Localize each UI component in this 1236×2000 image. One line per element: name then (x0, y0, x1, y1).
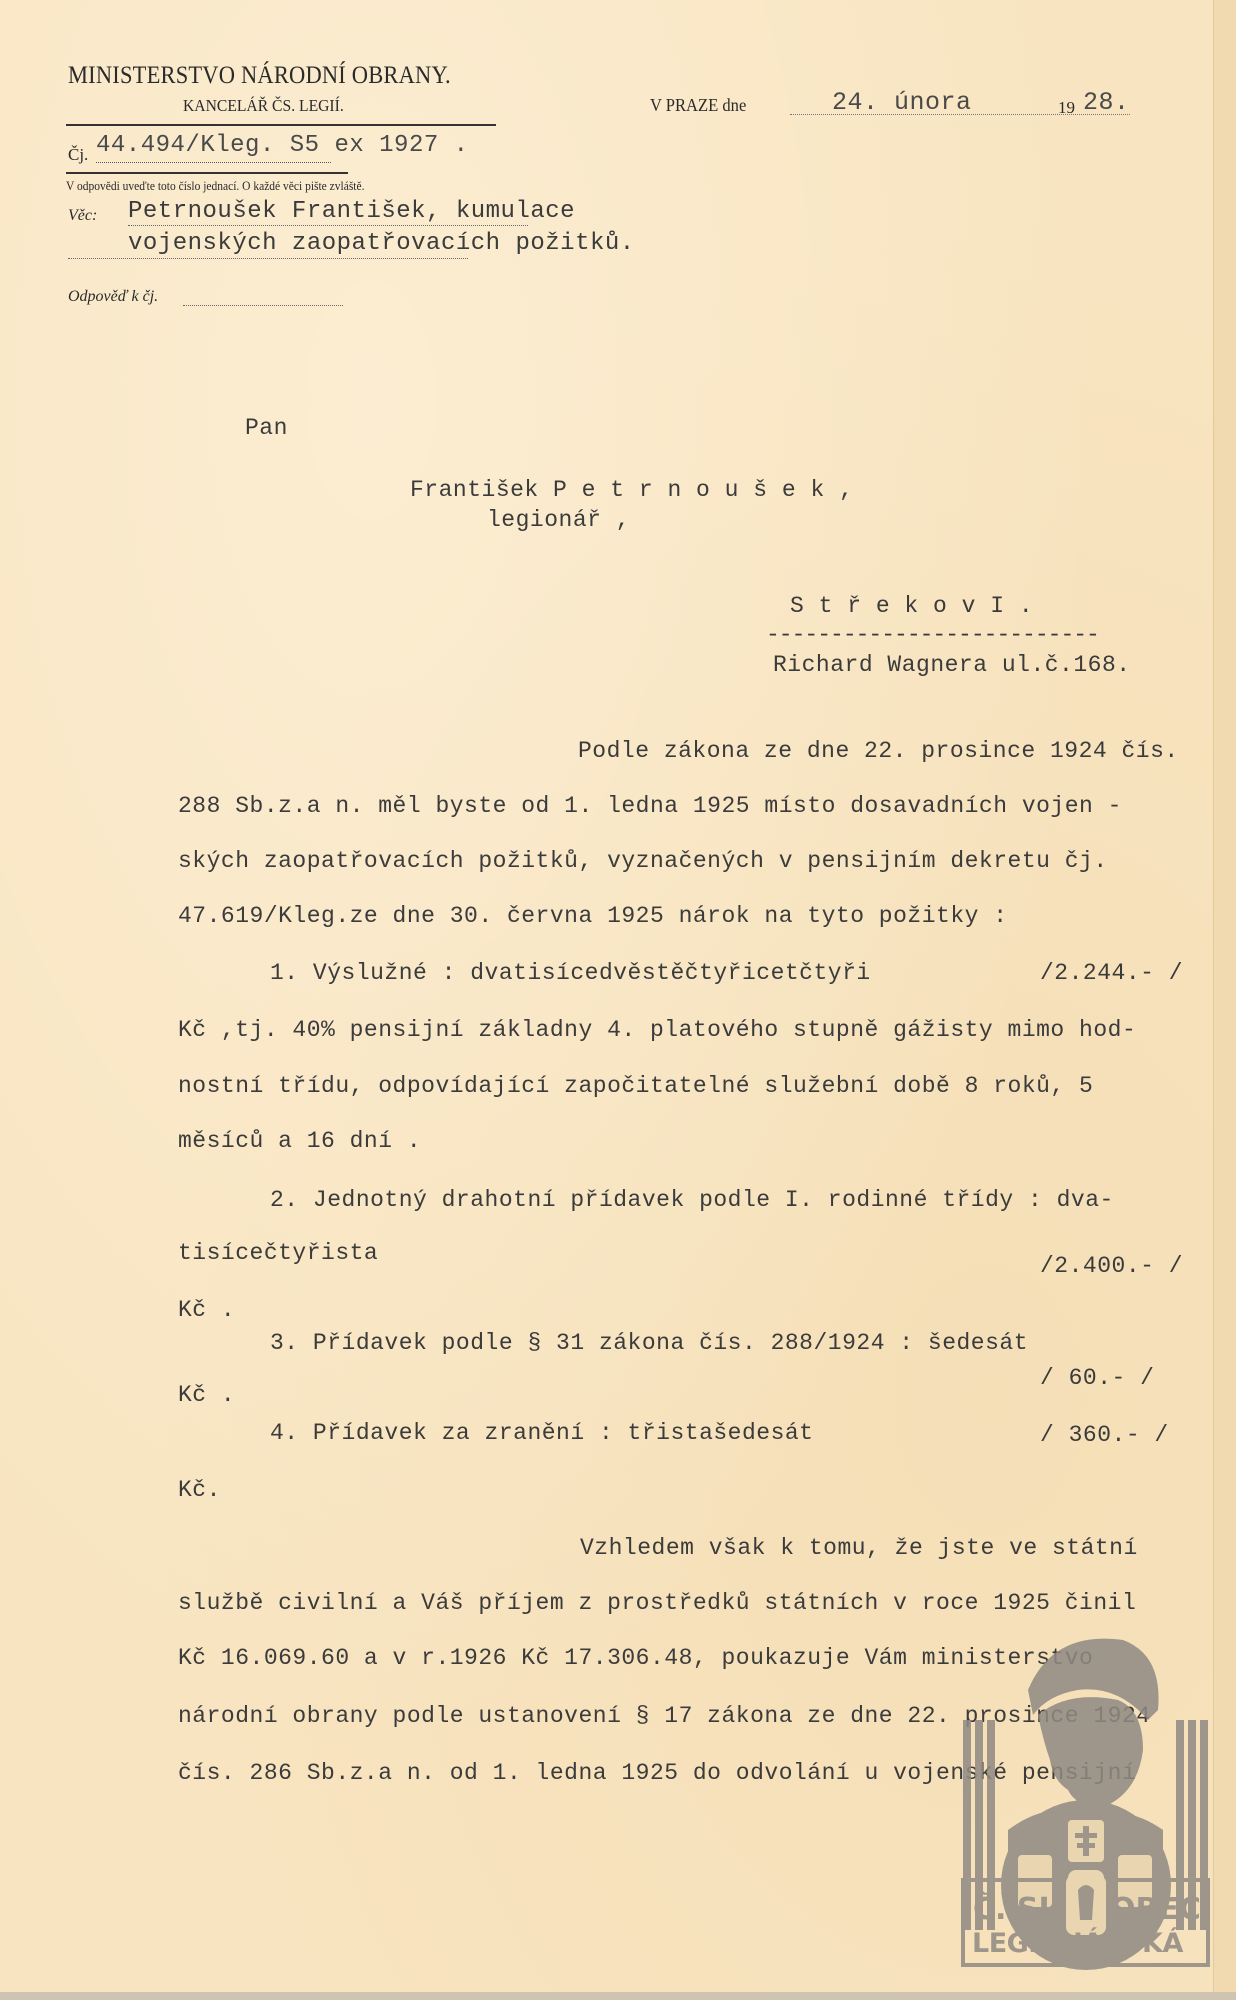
addressee-name: František P e t r n o u š e k , (410, 477, 853, 503)
item-4-amount: / 360.- / (1040, 1422, 1169, 1448)
subject-label: Věc: (68, 207, 97, 225)
reply-instruction: V odpovědi uveďte toto číslo jednací. O … (66, 179, 364, 194)
place-label: V PRAZE dne (650, 95, 746, 116)
logo-text-csl: Č. SL. (973, 1892, 1069, 1927)
date-day-month: 24. února (832, 88, 972, 117)
closing-line-1: Vzhledem však k tomu, že jste ve státní (580, 1535, 1138, 1561)
item-1-detail-3: měsíců a 16 dní . (178, 1128, 421, 1154)
legionnaire-association-logo: Č. SL. OBEC LEGIONÁŘSKÁ (958, 1630, 1213, 1970)
reply-reference-label: Odpověď k čj. (68, 288, 158, 306)
ministry-name: MINISTERSTVO NÁRODNÍ OBRANY. (68, 62, 451, 90)
intro-line-2: 288 Sb.z.a n. měl byste od 1. ledna 1925… (178, 793, 1122, 819)
item-4-label: 4. Přídavek za zranění : třistašedesát (270, 1420, 814, 1446)
reference-number: 44.494/Kleg. S5 ex 1927 . (96, 132, 469, 159)
closing-line-3: Kč 16.069.60 a v r.1926 Kč 17.306.48, po… (178, 1645, 1093, 1671)
item-2-label: 2. Jednotný drahotní přídavek podle I. r… (270, 1187, 1114, 1213)
addressee-title: legionář , (487, 507, 630, 533)
letterhead-rule (66, 124, 496, 126)
item-1-label: 1. Výslužné : dvatisícedvěstěčtyřicetčty… (270, 960, 871, 986)
subject-line-1: Petrnoušek František, kumulace (128, 198, 575, 225)
address-divider: -------------------------- (766, 622, 1099, 648)
addressee-street: Richard Wagnera ul.č.168. (773, 652, 1131, 678)
paper-right-edge (1213, 0, 1236, 2000)
subject-line-2: vojenských zaopatřovacích požitků. (128, 230, 635, 257)
reference-dotted-line (96, 162, 331, 163)
salutation: Pan (245, 415, 288, 441)
intro-line-3: ských zaopatřovacích požitků, vyznačenýc… (178, 848, 1108, 874)
reference-rule (66, 172, 348, 174)
subject-dotted-line-2 (68, 258, 468, 259)
item-2-label-cont: tisícečtyřista (178, 1240, 378, 1266)
logo-text-obec: OBEC (1110, 1892, 1201, 1927)
item-2-amount: /2.400.- / (1040, 1253, 1183, 1279)
date-century: 19 (1058, 98, 1075, 118)
intro-line-4: 47.619/Kleg.ze dne 30. června 1925 nárok… (178, 903, 1008, 929)
item-1-detail-1: Kč ,tj. 40% pensijní základny 4. platové… (178, 1017, 1136, 1043)
reference-label: Čj. (68, 145, 88, 165)
subject-dotted-line-1 (128, 225, 528, 226)
office-name: KANCELÁŘ ČS. LEGIÍ. (183, 96, 344, 116)
logo-text-legionarska: LEGIONÁŘSKÁ (972, 1928, 1183, 1959)
item-3-label: 3. Přídavek podle § 31 zákona čís. 288/1… (270, 1330, 1028, 1356)
item-1-amount: /2.244.- / (1040, 960, 1183, 986)
reply-reference-dotted-line (183, 305, 343, 306)
intro-line-1: Podle zákona ze dne 22. prosince 1924 čí… (578, 738, 1179, 764)
item-4-currency: Kč. (178, 1477, 221, 1503)
closing-line-2: službě civilní a Váš příjem z prostředků… (178, 1590, 1136, 1616)
item-1-detail-2: nostní třídu, odpovídající započitatelné… (178, 1073, 1093, 1099)
addressee-city: S t ř e k o v I . (790, 593, 1033, 619)
item-3-amount: / 60.- / (1040, 1365, 1154, 1391)
paper-bottom-edge (0, 1992, 1236, 2000)
date-year: 28. (1083, 88, 1130, 117)
item-2-currency: Kč . (178, 1297, 235, 1323)
item-3-currency: Kč . (178, 1382, 235, 1408)
